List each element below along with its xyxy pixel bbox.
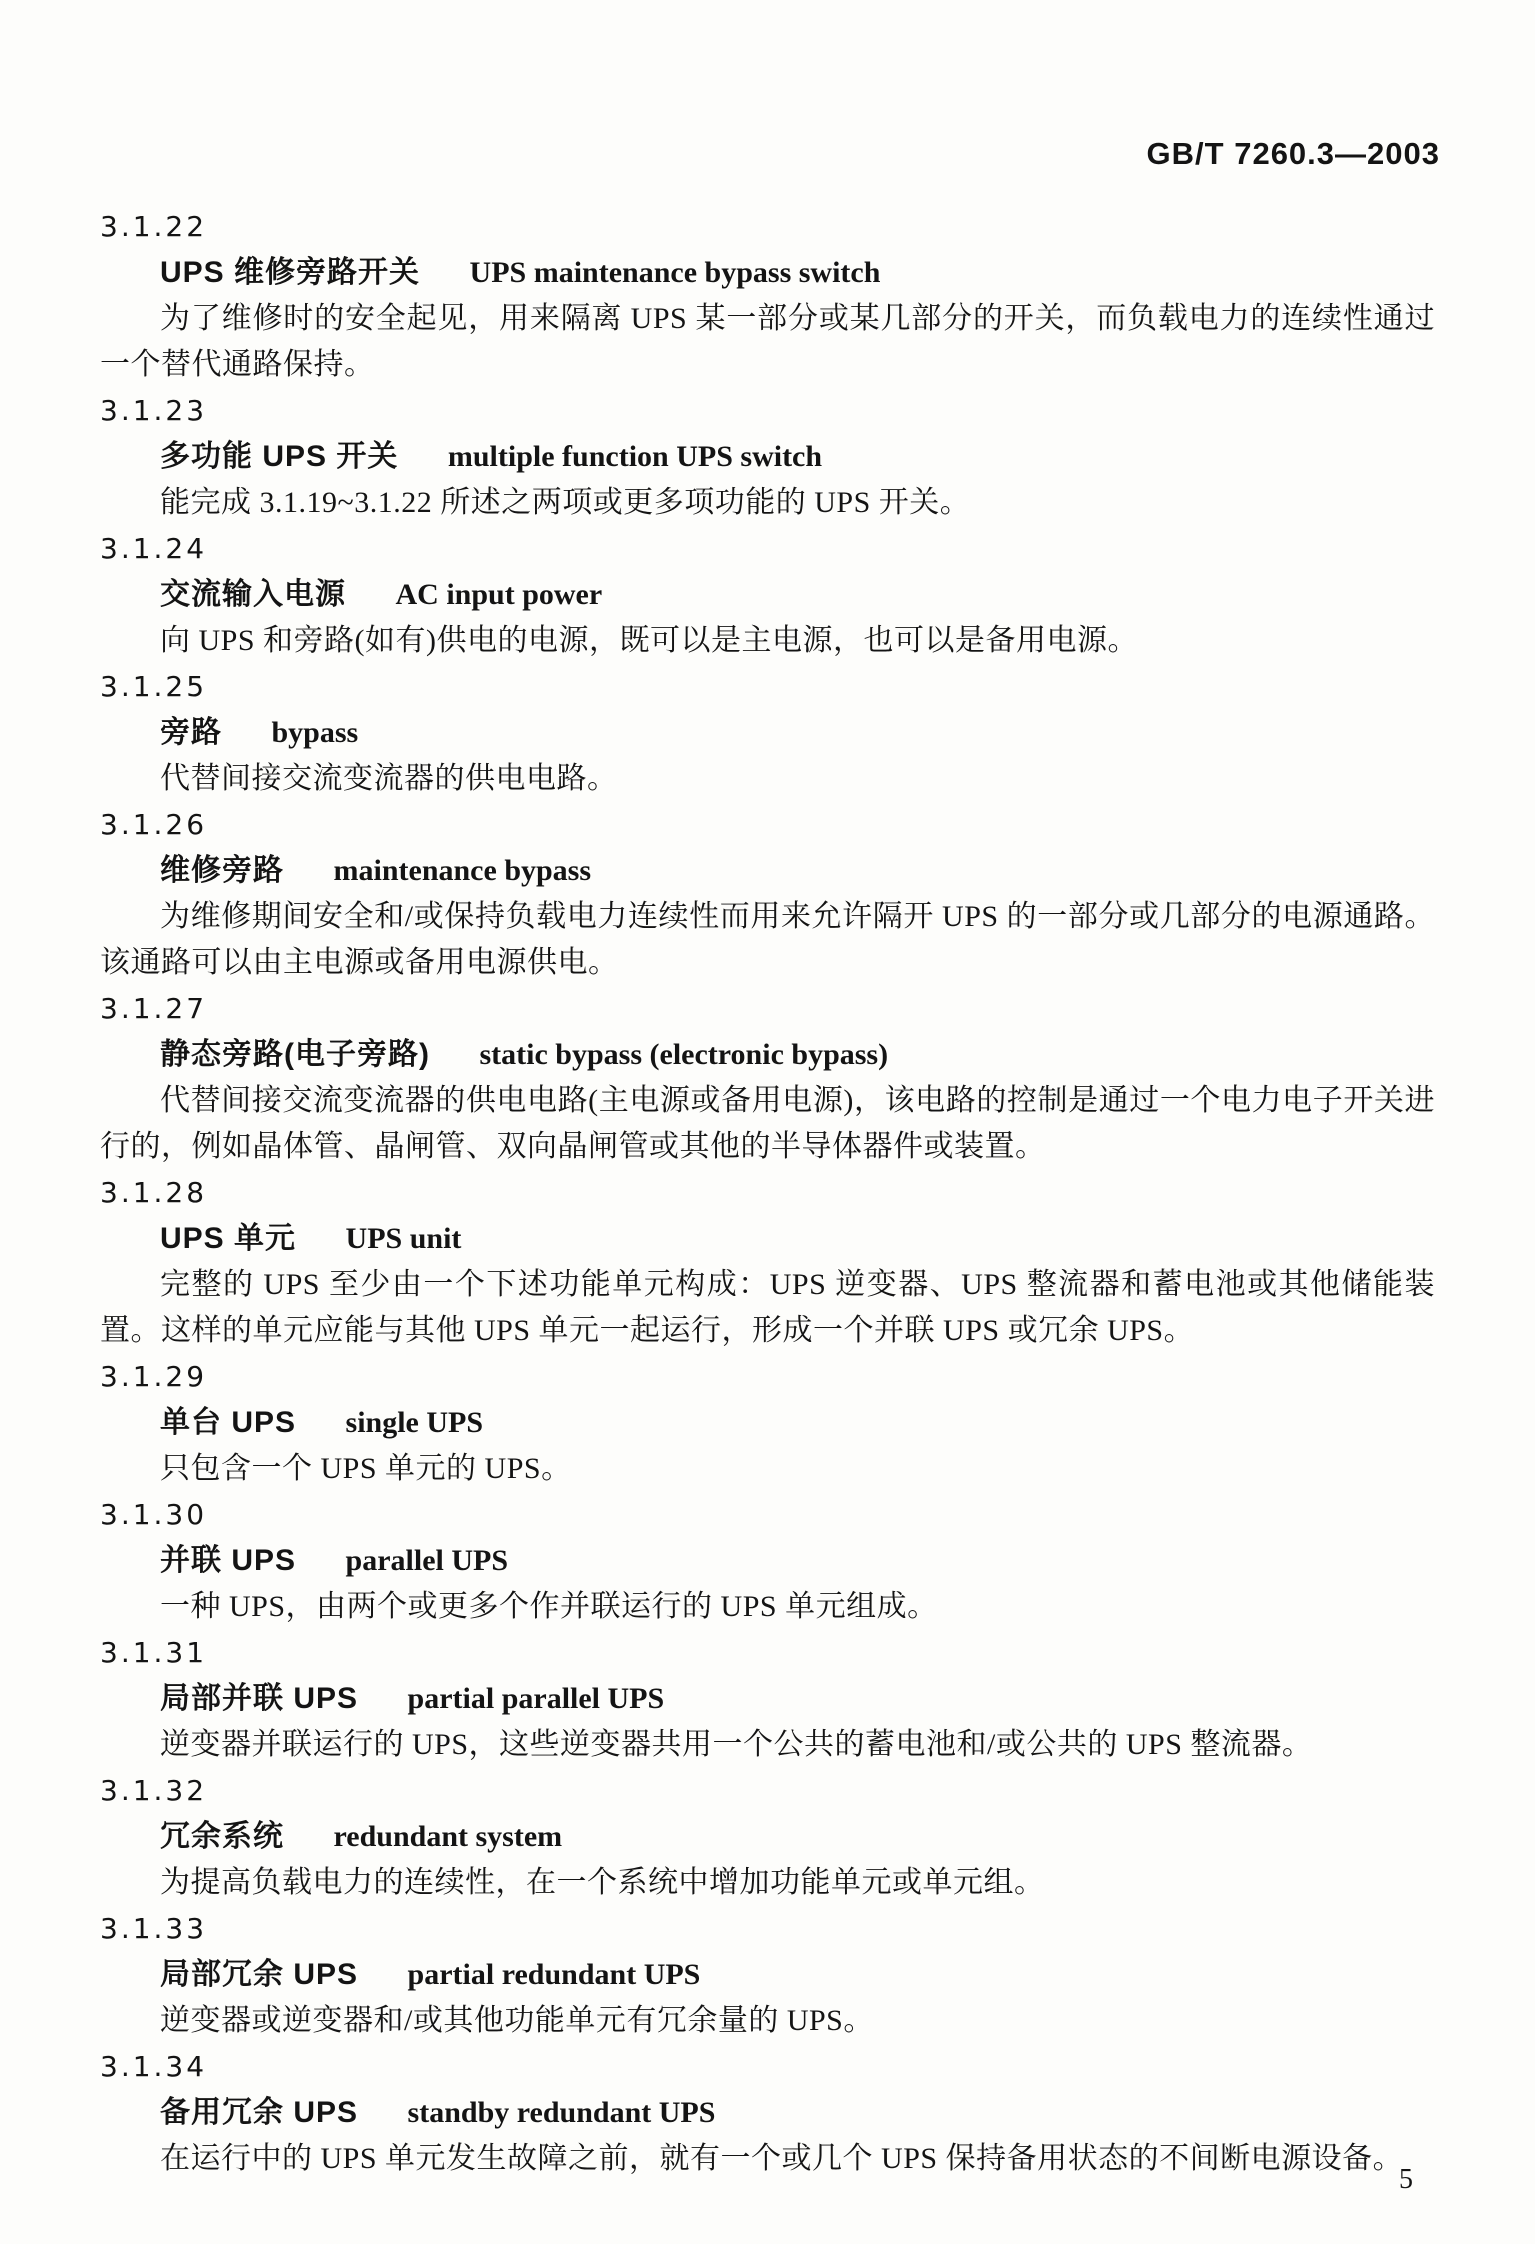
- term-line: 局部冗余 UPS partial redundant UPS: [100, 1952, 1435, 1998]
- term-chinese: 交流输入电源: [160, 578, 346, 611]
- term-chinese: 局部冗余 UPS: [160, 1958, 358, 1991]
- term-section: 3.1.29 单台 UPS single UPS 只包含一个 UPS 单元的 U…: [100, 1354, 1435, 1492]
- clause-number: 3.1.26: [100, 802, 1435, 848]
- term-chinese: 局部并联 UPS: [160, 1682, 358, 1715]
- term-line: 静态旁路(电子旁路) static bypass (electronic byp…: [100, 1032, 1435, 1078]
- term-english: UPS unit: [346, 1222, 462, 1255]
- clause-number: 3.1.30: [100, 1492, 1435, 1538]
- term-section: 3.1.28 UPS 单元 UPS unit 完整的 UPS 至少由一个下述功能…: [100, 1170, 1435, 1354]
- term-line: 多功能 UPS 开关 multiple function UPS switch: [100, 434, 1435, 480]
- term-section: 3.1.33 局部冗余 UPS partial redundant UPS 逆变…: [100, 1906, 1435, 2044]
- term-english: bypass: [272, 716, 359, 749]
- term-section: 3.1.32 冗余系统 redundant system 为提高负载电力的连续性…: [100, 1768, 1435, 1906]
- term-chinese: UPS 维修旁路开关: [160, 256, 420, 289]
- term-chinese: 并联 UPS: [160, 1544, 296, 1577]
- term-section: 3.1.27 静态旁路(电子旁路) static bypass (electro…: [100, 986, 1435, 1170]
- definition-text: 为了维修时的安全起见，用来隔离 UPS 某一部分或某几部分的开关，而负载电力的连…: [100, 296, 1435, 388]
- term-chinese: UPS 单元: [160, 1222, 296, 1255]
- clause-number: 3.1.33: [100, 1906, 1435, 1952]
- clause-number: 3.1.28: [100, 1170, 1435, 1216]
- definition-text: 逆变器或逆变器和/或其他功能单元有冗余量的 UPS。: [100, 1998, 1435, 2044]
- definition-text: 代替间接交流变流器的供电电路(主电源或备用电源)，该电路的控制是通过一个电力电子…: [100, 1078, 1435, 1170]
- term-section: 3.1.23 多功能 UPS 开关 multiple function UPS …: [100, 388, 1435, 526]
- page-number: 5: [1399, 2164, 1413, 2196]
- term-line: 交流输入电源 AC input power: [100, 572, 1435, 618]
- term-line: 维修旁路 maintenance bypass: [100, 848, 1435, 894]
- term-chinese: 备用冗余 UPS: [160, 2096, 358, 2129]
- definition-text: 代替间接交流变流器的供电电路。: [100, 756, 1435, 802]
- term-section: 3.1.22 UPS 维修旁路开关 UPS maintenance bypass…: [100, 204, 1435, 388]
- clause-number: 3.1.22: [100, 204, 1435, 250]
- term-english: standby redundant UPS: [408, 2096, 716, 2129]
- definition-text: 向 UPS 和旁路(如有)供电的电源，既可以是主电源，也可以是备用电源。: [100, 618, 1435, 664]
- clause-number: 3.1.31: [100, 1630, 1435, 1676]
- term-line: 局部并联 UPS partial parallel UPS: [100, 1676, 1435, 1722]
- term-line: 旁路 bypass: [100, 710, 1435, 756]
- term-section: 3.1.34 备用冗余 UPS standby redundant UPS 在运…: [100, 2044, 1435, 2182]
- term-english: parallel UPS: [346, 1544, 509, 1577]
- term-section: 3.1.24 交流输入电源 AC input power 向 UPS 和旁路(如…: [100, 526, 1435, 664]
- term-english: multiple function UPS switch: [448, 440, 822, 473]
- term-chinese: 旁路: [160, 716, 222, 749]
- term-chinese: 维修旁路: [160, 854, 284, 887]
- term-section: 3.1.25 旁路 bypass 代替间接交流变流器的供电电路。: [100, 664, 1435, 802]
- term-english: partial redundant UPS: [408, 1958, 701, 1991]
- definition-text: 完整的 UPS 至少由一个下述功能单元构成：UPS 逆变器、UPS 整流器和蓄电…: [100, 1262, 1435, 1354]
- clause-number: 3.1.24: [100, 526, 1435, 572]
- term-chinese: 静态旁路(电子旁路): [160, 1038, 430, 1071]
- term-english: single UPS: [346, 1406, 484, 1439]
- definition-text: 在运行中的 UPS 单元发生故障之前，就有一个或几个 UPS 保持备用状态的不间…: [100, 2136, 1435, 2182]
- term-section: 3.1.30 并联 UPS parallel UPS 一种 UPS，由两个或更多…: [100, 1492, 1435, 1630]
- definition-text: 一种 UPS，由两个或更多个作并联运行的 UPS 单元组成。: [100, 1584, 1435, 1630]
- term-line: 冗余系统 redundant system: [100, 1814, 1435, 1860]
- clause-number: 3.1.34: [100, 2044, 1435, 2090]
- term-line: UPS 单元 UPS unit: [100, 1216, 1435, 1262]
- definition-text: 只包含一个 UPS 单元的 UPS。: [100, 1446, 1435, 1492]
- term-english: redundant system: [334, 1820, 563, 1853]
- definition-text: 能完成 3.1.19~3.1.22 所述之两项或更多项功能的 UPS 开关。: [100, 480, 1435, 526]
- term-english: maintenance bypass: [334, 854, 592, 887]
- clause-number: 3.1.25: [100, 664, 1435, 710]
- clause-number: 3.1.27: [100, 986, 1435, 1032]
- term-english: UPS maintenance bypass switch: [470, 256, 881, 289]
- clause-number: 3.1.29: [100, 1354, 1435, 1400]
- term-english: AC input power: [396, 578, 603, 611]
- definitions-list: 3.1.22 UPS 维修旁路开关 UPS maintenance bypass…: [100, 204, 1435, 2182]
- term-line: 备用冗余 UPS standby redundant UPS: [100, 2090, 1435, 2136]
- term-line: 并联 UPS parallel UPS: [100, 1538, 1435, 1584]
- definition-text: 逆变器并联运行的 UPS，这些逆变器共用一个公共的蓄电池和/或公共的 UPS 整…: [100, 1722, 1435, 1768]
- term-section: 3.1.31 局部并联 UPS partial parallel UPS 逆变器…: [100, 1630, 1435, 1768]
- clause-number: 3.1.23: [100, 388, 1435, 434]
- term-chinese: 多功能 UPS 开关: [160, 440, 398, 473]
- doc-number: GB/T 7260.3—2003: [1147, 136, 1440, 172]
- term-chinese: 冗余系统: [160, 1820, 284, 1853]
- term-section: 3.1.26 维修旁路 maintenance bypass 为维修期间安全和/…: [100, 802, 1435, 986]
- definition-text: 为维修期间安全和/或保持负载电力连续性而用来允许隔开 UPS 的一部分或几部分的…: [100, 894, 1435, 986]
- term-line: UPS 维修旁路开关 UPS maintenance bypass switch: [100, 250, 1435, 296]
- term-line: 单台 UPS single UPS: [100, 1400, 1435, 1446]
- term-chinese: 单台 UPS: [160, 1406, 296, 1439]
- definition-text: 为提高负载电力的连续性，在一个系统中增加功能单元或单元组。: [100, 1860, 1435, 1906]
- term-english: partial parallel UPS: [408, 1682, 665, 1715]
- clause-number: 3.1.32: [100, 1768, 1435, 1814]
- term-english: static bypass (electronic bypass): [479, 1038, 888, 1071]
